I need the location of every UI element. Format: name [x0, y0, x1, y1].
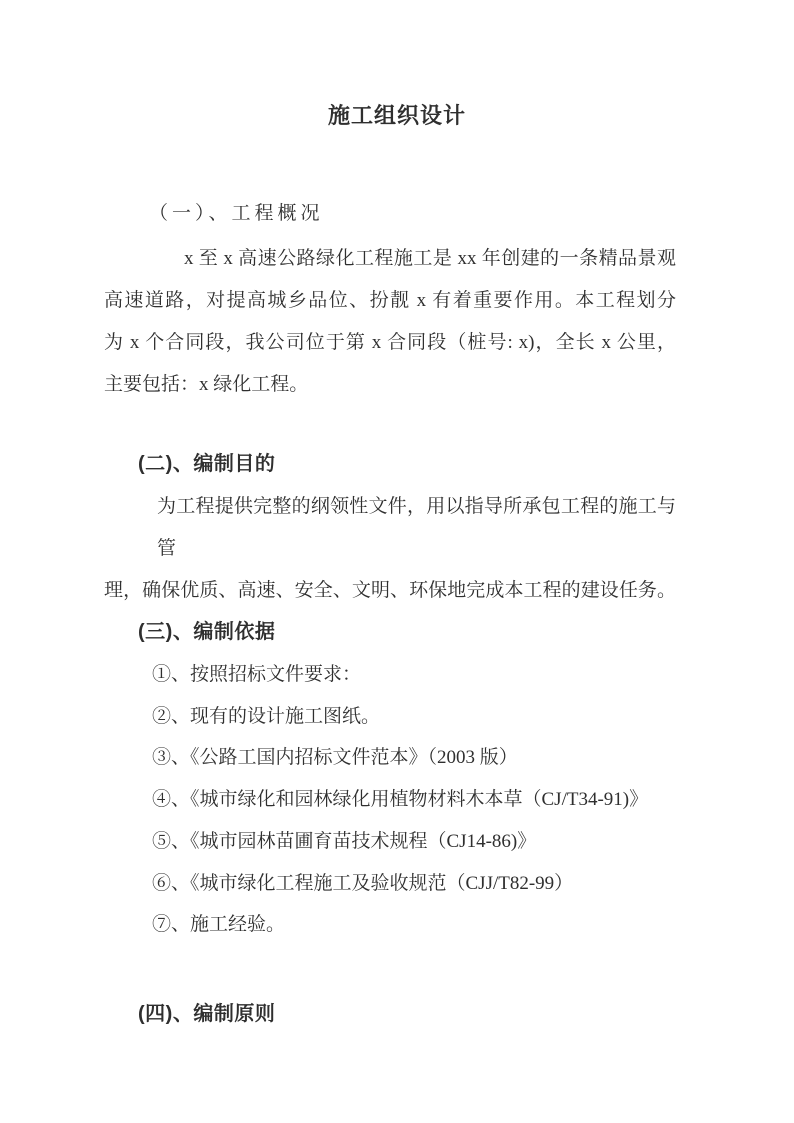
- list-item: ⑤、《城市园林苗圃育苗技术规程（CJ14-86)》: [152, 821, 712, 863]
- list-item: ⑦、施工经验。: [152, 904, 712, 946]
- paragraph-line: 理，确保优质、高速、安全、文明、环保地完成本工程的建设任务。: [104, 570, 676, 612]
- list-item: ①、按照招标文件要求：: [152, 654, 712, 696]
- section-heading-4-compilation-principles: (四)、编制原则: [138, 1002, 275, 1026]
- paragraph-line: 主要包括：x 绿化工程。: [104, 364, 676, 406]
- paragraph-line: 为 x 个合同段，我公司位于第 x 合同段（桩号: x)，全长 x 公里，: [104, 322, 676, 364]
- document-page: 施工组织设计 （一）、工程概况 x 至 x 高速公路绿化工程施工是 xx 年创建…: [0, 0, 794, 1123]
- document-title: 施工组织设计: [0, 103, 794, 129]
- list-item: ②、现有的设计施工图纸。: [152, 696, 712, 738]
- paragraph-line: 为工程提供完整的纲领性文件，用以指导所承包工程的施工与管: [104, 486, 676, 570]
- paragraph-project-overview: x 至 x 高速公路绿化工程施工是 xx 年创建的一条精品景观 高速道路，对提高…: [104, 238, 676, 406]
- paragraph-line: x 至 x 高速公路绿化工程施工是 xx 年创建的一条精品景观: [104, 238, 676, 280]
- list-item: ⑥、《城市绿化工程施工及验收规范（CJJ/T82-99）: [152, 863, 712, 905]
- list-item: ④、《城市绿化和园林绿化用植物材料木本草（CJ/T34-91)》: [152, 779, 712, 821]
- list-item: ③、《公路工国内招标文件范本》（2003 版）: [152, 737, 712, 779]
- paragraph-line: 高速道路，对提高城乡品位、扮靓 x 有着重要作用。本工程划分: [104, 280, 676, 322]
- section-heading-2-compilation-purpose: (二)、编制目的: [138, 452, 275, 476]
- paragraph-compilation-purpose: 为工程提供完整的纲领性文件，用以指导所承包工程的施工与管 理，确保优质、高速、安…: [104, 486, 676, 612]
- section-heading-1-project-overview: （一）、工程概况: [149, 202, 324, 226]
- numbered-list-compilation-basis: ①、按照招标文件要求： ②、现有的设计施工图纸。 ③、《公路工国内招标文件范本》…: [152, 654, 712, 946]
- section-heading-3-compilation-basis: (三)、编制依据: [138, 620, 275, 644]
